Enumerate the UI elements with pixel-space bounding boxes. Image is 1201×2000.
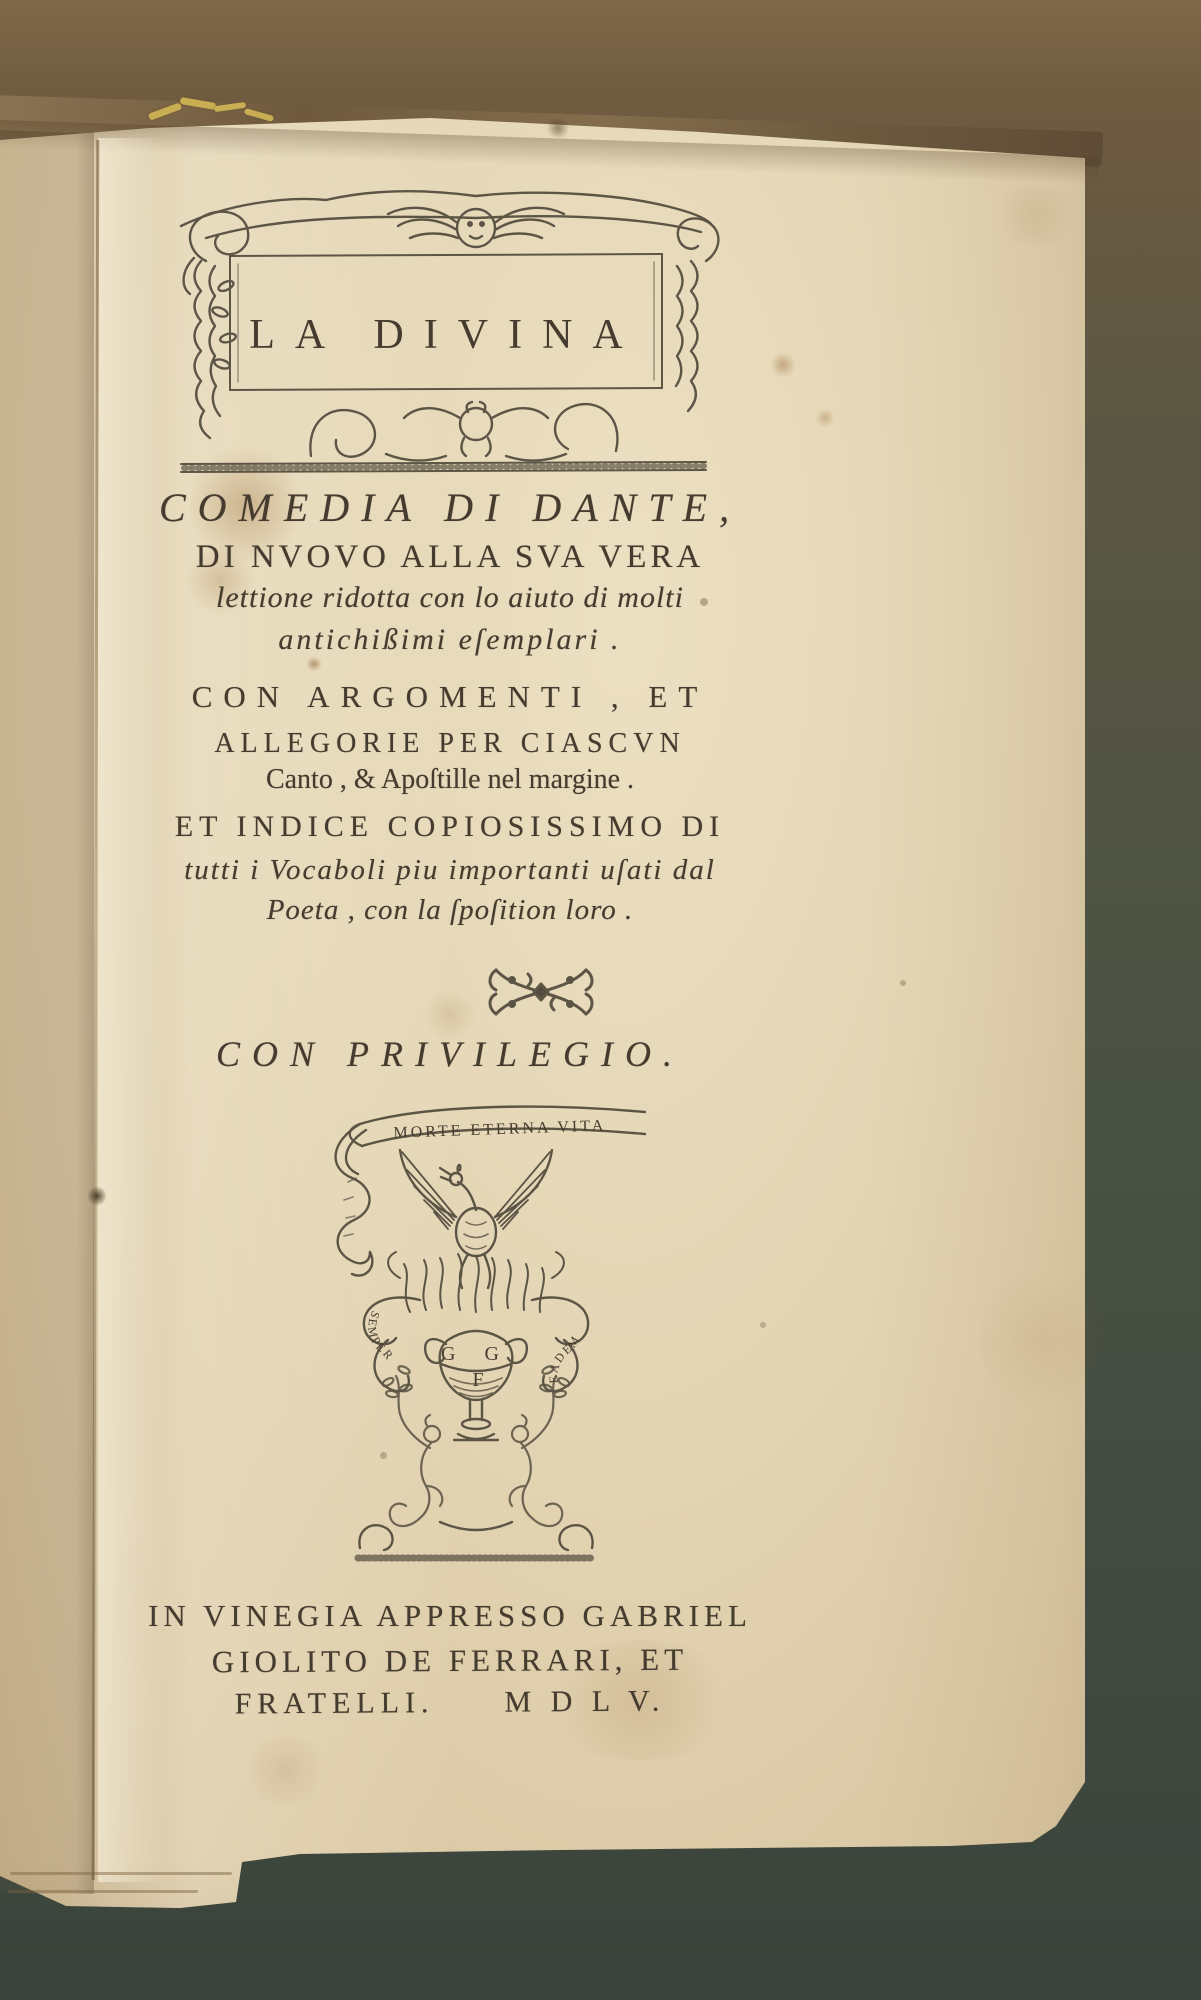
device-ribbon-left-text: SEMPER [365,1309,397,1363]
imprint-fratelli: FRATELLI. [235,1688,435,1719]
device-urn-initial-f: F [472,1369,483,1391]
title-line-nuovo: DI NVOVO ALLA SVA VERA [100,541,800,574]
device-urn-initials: G G [441,1343,511,1365]
imprint-line-2: GIOLITO DE FERRARI, ET [100,1643,800,1678]
title-line-indice: ET INDICE COPIOSISSIMO DI [100,812,800,842]
svg-text:SEMPER: SEMPER [365,1309,397,1363]
page-stack-edge [10,1872,232,1875]
device-banner-text: MORTE ETERNA VITA [393,1117,606,1141]
privilege-line: CON PRIVILEGIO. [100,1036,800,1072]
printer-device-phoenix: MORTE ETERNA VITA SEMPER EADEM G G F [300,1082,652,1574]
imprint-line-1: IN VINEGIA APPRESSO GABRIEL [100,1600,800,1631]
title-line-vocaboli: tutti i Vocaboli piu importanti uſati da… [100,856,800,885]
title-line-canto: Canto , & Apoſtille nel margine . [100,766,800,794]
fleuron-ornament [478,950,604,1034]
phoenix-figure [400,1150,552,1288]
title-line-argomenti: CON ARGOMENTI , ET [100,681,800,712]
title-line-allegorie: ALLEGORIE PER CIASCVN [100,730,800,758]
title-line-poeta: Poeta , con la ſpoſition loro . [100,896,800,925]
cartouche-title: LA DIVINA [249,312,642,358]
title-line-comedia: COMEDIA DI DANTE, [100,488,800,528]
imprint-line-3: FRATELLI. M D L V. [100,1686,800,1721]
cherub-mask [388,208,564,247]
title-line-antichissimi: antichißimi eſemplari . [100,625,800,655]
imprint-year: M D L V. [504,1686,665,1717]
page-stack-edge [8,1890,198,1893]
binding-flap [0,132,94,1894]
grotesque-mask [404,402,548,456]
flames [388,1252,564,1312]
cartouche-woodcut: LA DIVINA [146,166,746,484]
title-line-lettione: lettione ridotta con lo aiuto di molti [100,583,800,613]
